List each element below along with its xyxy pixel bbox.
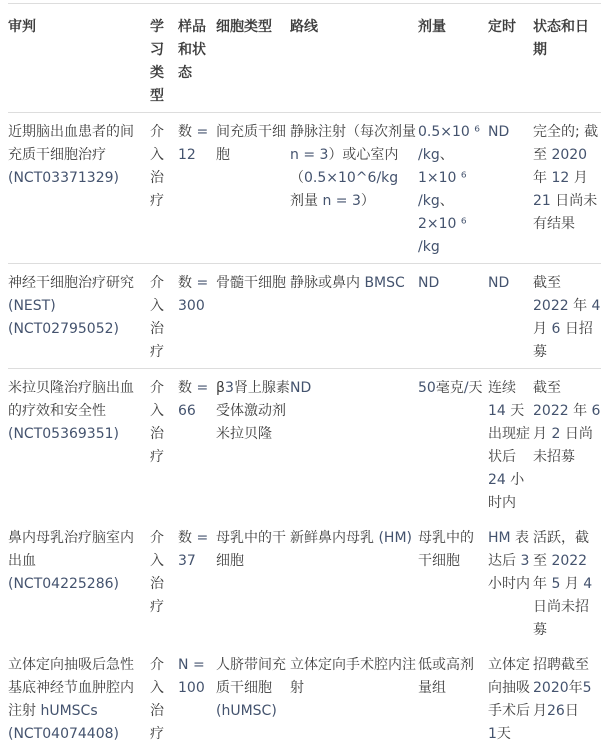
trial-row: 米拉贝隆治疗脑出血的疗效和安全性 (NCT05369351) 介入治疗 数 = … bbox=[8, 369, 601, 520]
cell-type-cell: 母乳中的干细胞 bbox=[216, 519, 290, 646]
trial-row: 神经干细胞治疗研究 (NEST) (NCT02795052) 介入治疗 数 = … bbox=[8, 264, 601, 369]
trial-cell: 鼻内母乳治疗脑室内出血 (NCT04225286) bbox=[8, 519, 150, 646]
trial-row: 立体定向抽吸后急性基底神经节血肿腔内注射 hUMSCs (NCT04074408… bbox=[8, 646, 601, 750]
route-cell: 静脉注射（每次剂量 n = 3）或心室内 （0.5×10^6/kg 剂量 n =… bbox=[290, 113, 418, 264]
route-cell: 新鲜鼻内母乳 (HM) bbox=[290, 519, 418, 646]
status-cell: 活跃，截至 2022 年 5 月 4 日尚未招募 bbox=[533, 519, 601, 646]
header-row: 审判 学习类型 样品和状态 细胞类型 路线 剂量 定时 状态和日期 bbox=[8, 4, 601, 113]
trial-cell: 神经干细胞治疗研究 (NEST) (NCT02795052) bbox=[8, 264, 150, 369]
timing-cell: ND bbox=[488, 264, 533, 369]
dose-cell: 0.5×10 ⁶ /kg、1×10 ⁶ /kg、2×10 ⁶ /kg bbox=[418, 113, 488, 264]
col-header-status-date: 状态和日期 bbox=[533, 4, 601, 113]
status-cell: 截至 2022 年 4 月 6 日招募 bbox=[533, 264, 601, 369]
col-header-cell-type: 细胞类型 bbox=[216, 4, 290, 113]
route-cell: 静脉或鼻内 BMSC bbox=[290, 264, 418, 369]
cell-type-cell: β3肾上腺素受体激动剂米拉贝隆 bbox=[216, 369, 290, 520]
trial-cell: 立体定向抽吸后急性基底神经节血肿腔内注射 hUMSCs (NCT04074408… bbox=[8, 646, 150, 750]
study-type-cell: 介入治疗 bbox=[150, 369, 178, 520]
route-cell: 立体定向手术腔内注射 bbox=[290, 646, 418, 750]
table-body: 近期脑出血患者的间充质干细胞治疗 (NCT03371329) 介入治疗 数 = … bbox=[8, 113, 601, 750]
page: 审判 学习类型 样品和状态 细胞类型 路线 剂量 定时 状态和日期 近期脑出血患… bbox=[0, 3, 609, 750]
timing-cell: 立体定向抽吸手术后 1天 bbox=[488, 646, 533, 750]
cell-type-cell: 人脐带间充质干细胞 (hUMSC) bbox=[216, 646, 290, 750]
dose-cell: 50毫克/天 bbox=[418, 369, 488, 520]
cell-type-cell: 骨髓干细胞 bbox=[216, 264, 290, 369]
sample-cell: 数 = 37 bbox=[178, 519, 216, 646]
col-header-route: 路线 bbox=[290, 4, 418, 113]
route-cell: ND bbox=[290, 369, 418, 520]
study-type-cell: 介入治疗 bbox=[150, 646, 178, 750]
col-header-dose: 剂量 bbox=[418, 4, 488, 113]
timing-cell: ND bbox=[488, 113, 533, 264]
sample-cell: 数 = 66 bbox=[178, 369, 216, 520]
cell-type-cell: 间充质干细胞 bbox=[216, 113, 290, 264]
status-cell: 截至 2022 年 6 月 2 日尚未招募 bbox=[533, 369, 601, 520]
timing-cell: 连续 14 天出现症状后 24 小时内 bbox=[488, 369, 533, 520]
clinical-trials-table: 审判 学习类型 样品和状态 细胞类型 路线 剂量 定时 状态和日期 近期脑出血患… bbox=[8, 3, 601, 750]
study-type-cell: 介入治疗 bbox=[150, 519, 178, 646]
study-type-cell: 介入治疗 bbox=[150, 264, 178, 369]
timing-cell: HM 表达后 3 小时内 bbox=[488, 519, 533, 646]
col-header-timing: 定时 bbox=[488, 4, 533, 113]
status-cell: 完全的; 截至 2020 年 12 月 21 日尚未有结果 bbox=[533, 113, 601, 264]
col-header-sample-status: 样品和状态 bbox=[178, 4, 216, 113]
table-header: 审判 学习类型 样品和状态 细胞类型 路线 剂量 定时 状态和日期 bbox=[8, 4, 601, 113]
col-header-trial: 审判 bbox=[8, 4, 150, 113]
trial-cell: 近期脑出血患者的间充质干细胞治疗 (NCT03371329) bbox=[8, 113, 150, 264]
status-cell: 招聘截至 2020年5月26日 bbox=[533, 646, 601, 750]
study-type-cell: 介入治疗 bbox=[150, 113, 178, 264]
col-header-study-type: 学习类型 bbox=[150, 4, 178, 113]
sample-cell: N = 100 bbox=[178, 646, 216, 750]
dose-cell: 母乳中的干细胞 bbox=[418, 519, 488, 646]
sample-cell: 数 = 12 bbox=[178, 113, 216, 264]
sample-cell: 数 = 300 bbox=[178, 264, 216, 369]
dose-cell: ND bbox=[418, 264, 488, 369]
dose-cell: 低或高剂量组 bbox=[418, 646, 488, 750]
trial-row: 鼻内母乳治疗脑室内出血 (NCT04225286) 介入治疗 数 = 37 母乳… bbox=[8, 519, 601, 646]
trial-cell: 米拉贝隆治疗脑出血的疗效和安全性 (NCT05369351) bbox=[8, 369, 150, 520]
trial-row: 近期脑出血患者的间充质干细胞治疗 (NCT03371329) 介入治疗 数 = … bbox=[8, 113, 601, 264]
